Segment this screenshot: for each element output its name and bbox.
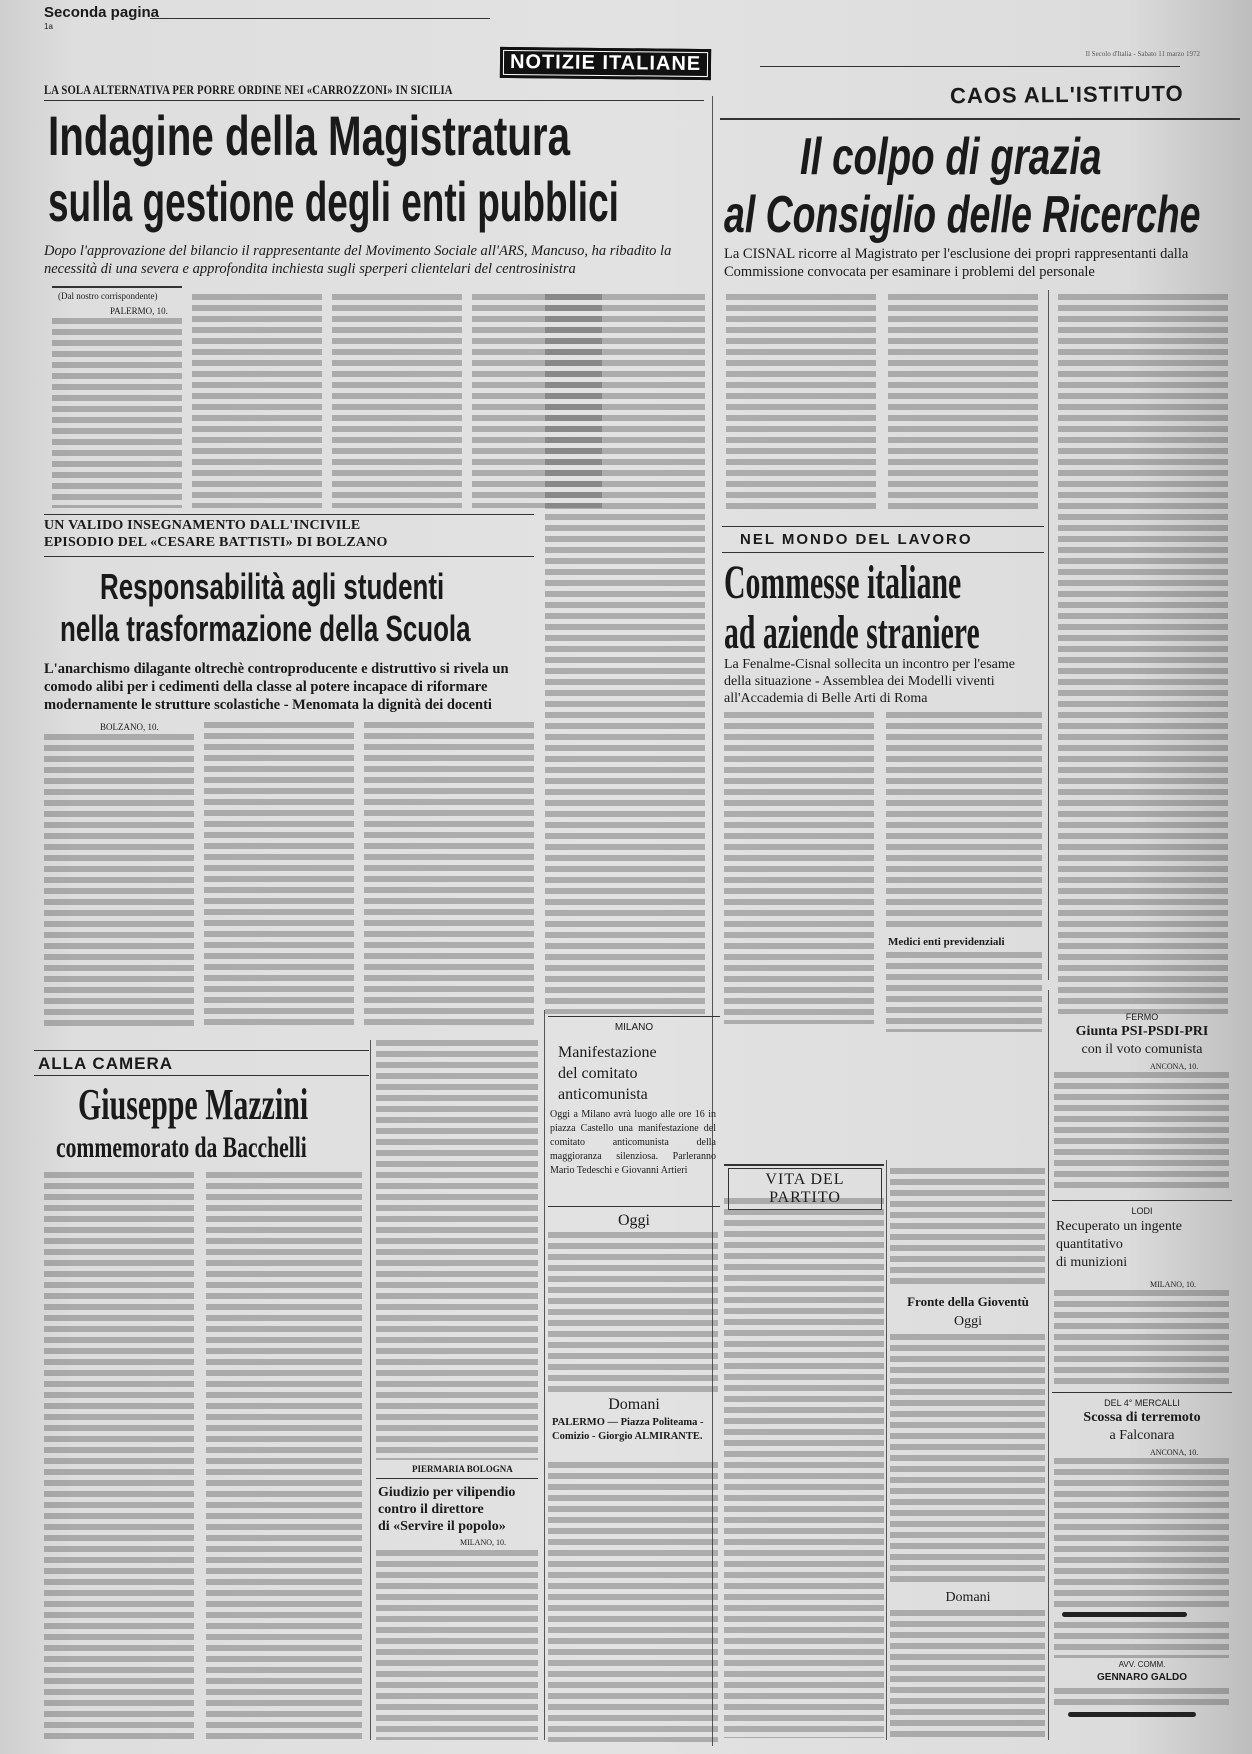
mazzini-headline-1: Giuseppe Mazzini	[78, 1082, 308, 1128]
lodi-headline-2: quantitativo	[1056, 1236, 1123, 1254]
fermo-kicker: FERMO	[1052, 1012, 1232, 1022]
notice-name: GENNARO GALDO	[1052, 1672, 1232, 1683]
cnr-headline-2: al Consiglio delle Ricerche	[724, 186, 1200, 244]
sicilia-kicker: LA SOLA ALTERNATIVA PER PORRE ORDINE NEI…	[44, 82, 782, 98]
lavoro-kicker: NEL MONDO DEL LAVORO	[740, 531, 973, 548]
domani-label: Domani	[548, 1396, 720, 1414]
lavoro-headline-1: Commesse italiane	[724, 558, 961, 608]
lodi-headline-1: Recuperato un ingente	[1056, 1218, 1182, 1236]
cnr-body-col-3	[1058, 294, 1228, 1014]
sicilia-body-col-2	[192, 294, 322, 508]
section-label: Seconda pagina	[44, 4, 159, 21]
sicilia-dateline: PALERMO, 10.	[110, 306, 168, 316]
sicilia-body-col-3	[332, 294, 462, 508]
scuola-body-col-1	[44, 734, 194, 1030]
notice-text-2	[1054, 1688, 1229, 1710]
lodi-dateline: MILANO, 10.	[1150, 1280, 1196, 1289]
mazzini-headline-2: commemorato da Bacchelli	[56, 1132, 307, 1164]
fronte-title: Fronte della Gioventù	[890, 1294, 1046, 1310]
vilipendio-body	[376, 1550, 538, 1740]
lodi-body	[1054, 1290, 1229, 1386]
lodi-kicker: LODI	[1052, 1206, 1232, 1216]
mazzini-signature: PIERMARIA BOLOGNA	[412, 1464, 513, 1474]
milano-headline-1: Manifestazione	[558, 1042, 657, 1063]
fronte-oggi-label: Oggi	[890, 1314, 1046, 1330]
fermo-dateline: ANCONA, 10.	[1150, 1062, 1198, 1071]
sicilia-body-col-5	[545, 294, 705, 1014]
scuola-kicker-2: EPISODIO DEL «CESARE BATTISTI» DI BOLZAN…	[44, 535, 388, 551]
fronte-domani-label: Domani	[890, 1590, 1046, 1606]
lavoro-body-col-1	[724, 712, 874, 1024]
lavoro-summary: La Fenalme-Cisnal sollecita un incontro …	[724, 656, 1042, 707]
masthead: NOTIZIE ITALIANE	[500, 47, 712, 80]
lavoro-subhead: Medici enti previdenziali	[888, 936, 1005, 948]
cnr-summary: La CISNAL ricorre al Magistrato per l'es…	[724, 245, 1234, 281]
lavoro-body-col-3	[886, 952, 1042, 1032]
scuola-headline-2: nella trasformazione della Scuola	[60, 608, 471, 650]
milano-headline-2: del comitato	[558, 1063, 638, 1084]
scuola-summary: L'anarchismo dilagante oltrechè contropr…	[44, 660, 536, 714]
lodi-headline-3: di munizioni	[1056, 1254, 1127, 1272]
vilipendio-headline-1: Giudizio per vilipendio	[378, 1484, 515, 1501]
scuola-headline-1: Responsabilità agli studenti	[100, 566, 444, 608]
scuola-body-col-3	[364, 722, 534, 1030]
vilipendio-headline-2: contro il direttore	[378, 1501, 484, 1518]
notice-rule-top	[1062, 1612, 1187, 1617]
cnr-body-col-1	[726, 294, 876, 514]
fronte-domani-list	[890, 1610, 1045, 1740]
sicilia-headline-2: sulla gestione degli enti pubblici	[48, 170, 619, 234]
notice-rule-bottom	[1068, 1712, 1196, 1717]
fronte-oggi-list	[890, 1334, 1045, 1584]
newspaper-page: Seconda pagina 1a NOTIZIE ITALIANE Il Se…	[0, 0, 1252, 1754]
notice-text	[1054, 1622, 1229, 1658]
scuola-dateline: BOLZANO, 10.	[100, 722, 159, 732]
milano-headline-3: anticomunista	[558, 1084, 648, 1105]
dateline: Il Secolo d'Italia - Sabato 11 marzo 197…	[1000, 50, 1200, 58]
fermo-body	[1054, 1072, 1229, 1192]
mazzini-body-col-2	[206, 1172, 362, 1742]
fermo-headline-2: con il voto comunista	[1052, 1042, 1232, 1058]
lavoro-body-col-2	[886, 712, 1042, 932]
scuola-kicker-1: UN VALIDO INSEGNAMENTO DALL'INCIVILE	[44, 518, 360, 534]
page-marker: 1a	[44, 22, 53, 31]
sicilia-byline: (Dal nostro corrispondente)	[58, 291, 157, 301]
domani-lead: PALERMO — Piazza Politeama - Comizio - G…	[552, 1416, 718, 1444]
sicilia-headline-1: Indagine della Magistratura	[48, 104, 570, 168]
terremoto-body	[1054, 1458, 1229, 1608]
mazzini-body-col-3	[376, 1040, 538, 1460]
fermo-headline-1: Giunta PSI-PSDI-PRI	[1052, 1024, 1232, 1040]
oggi-label: Oggi	[548, 1212, 720, 1230]
cnr-headline-1: Il colpo di grazia	[800, 128, 1101, 186]
terremoto-kicker: DEL 4° MERCALLI	[1052, 1398, 1232, 1408]
terremoto-headline-1: Scossa di terremoto	[1052, 1410, 1232, 1426]
cnr-kicker: CAOS ALL'ISTITUTO	[950, 81, 1184, 109]
notice-title: AVV. COMM.	[1052, 1660, 1232, 1669]
domani-list-col-1	[548, 1462, 718, 1742]
terremoto-headline-2: a Falconara	[1052, 1428, 1232, 1444]
mazzini-kicker: ALLA CAMERA	[38, 1054, 173, 1074]
partito-list-col-2	[724, 1198, 884, 1738]
mazzini-body-col-1	[44, 1172, 194, 1742]
terremoto-dateline: ANCONA, 10.	[1150, 1448, 1198, 1457]
sicilia-summary: Dopo l'approvazione del bilancio il rapp…	[44, 242, 704, 278]
vilipendio-dateline: MILANO, 10.	[460, 1538, 506, 1547]
cnr-body-col-2	[888, 294, 1038, 514]
sicilia-body-col-1	[52, 318, 182, 508]
milano-kicker: MILANO	[548, 1022, 720, 1033]
milano-body: Oggi a Milano avrà luogo alle ore 16 in …	[550, 1108, 716, 1178]
partito-list-col-3	[890, 1168, 1045, 1288]
scuola-body-col-2	[204, 722, 354, 1030]
oggi-list-col-1	[548, 1232, 718, 1392]
vilipendio-headline-3: di «Servire il popolo»	[378, 1518, 506, 1535]
lavoro-headline-2: ad aziende straniere	[724, 608, 980, 658]
